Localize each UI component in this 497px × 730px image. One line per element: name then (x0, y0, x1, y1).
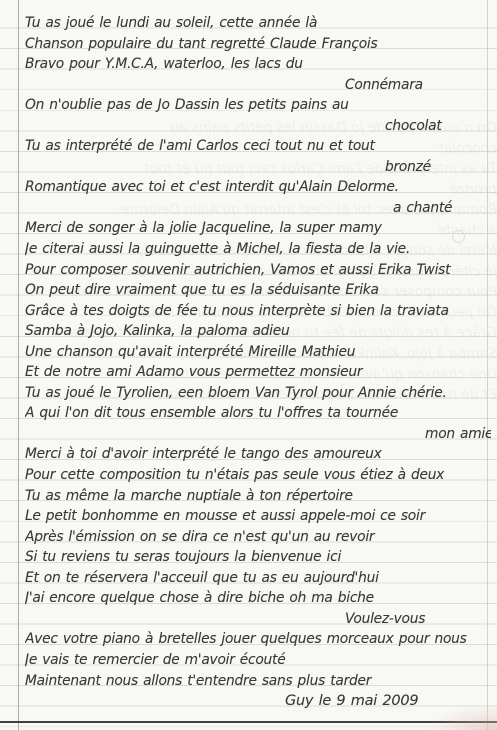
letter-line: bronzé (25, 157, 491, 178)
letter-line: Chanson populaire du tant regretté Claud… (25, 34, 491, 55)
letter-line: Une chanson qu'avait interprété Mireille… (25, 342, 491, 363)
letter-line: Grâce à tes doigts de fée tu nous interp… (25, 301, 491, 322)
letter-line: Tu as joué le Tyrolien, een bloem Van Ty… (25, 383, 491, 404)
letter-line: Bravo pour Y.M.C.A, waterloo, les lacs d… (25, 54, 491, 75)
letter-line: On peut dire vraiment que tu es la sédui… (25, 280, 491, 301)
letter-line: Je vais te remercier de m'avoir écouté (25, 650, 491, 671)
letter-line: A qui l'on dit tous ensemble alors tu l'… (25, 403, 491, 424)
letter-line: Après l'émission on se dira ce n'est qu'… (25, 527, 491, 548)
letter-line: Pour composer souvenir autrichien, Vamos… (25, 260, 491, 281)
letter-line: Samba à Jojo, Kalinka, la paloma adieu (25, 321, 491, 342)
letter-line: Et de notre ami Adamo vous permettez mon… (25, 362, 491, 383)
letter-line: a chanté (25, 198, 491, 219)
letter-line: chocolat (25, 116, 491, 137)
letter-line: mon amie (25, 424, 491, 445)
letter-line: Avec votre piano à bretelles jouer quelq… (25, 629, 491, 650)
page-bottom-rule (0, 721, 497, 723)
paper-ring-mark (452, 230, 465, 243)
paper-sheet: On n'oublie pas de Jo Dassin les petits … (0, 0, 497, 730)
letter-line: Connémara (25, 75, 491, 96)
letter-line: Je citerai aussi la guinguette à Michel,… (25, 239, 491, 260)
letter-line: Romantique avec toi et c'est interdit qu… (25, 177, 491, 198)
letter-line: Merci de songer à la jolie Jacqueline, l… (25, 218, 491, 239)
letter-line: Tu as même la marche nuptiale à ton répe… (25, 486, 491, 507)
letter-line: Voulez-vous (25, 609, 491, 630)
letter-line: Tu as joué le lundi au soleil, cette ann… (25, 13, 491, 34)
letter-line: Et on te réservera l'acceuil que tu as e… (25, 568, 491, 589)
letter-line: J'ai encore quelque chose à dire biche o… (25, 588, 491, 609)
letter-line: On n'oublie pas de Jo Dassin les petits … (25, 95, 491, 116)
letter-line: Tu as interprété de l'ami Carlos ceci to… (25, 136, 491, 157)
letter-line: Pour cette composition tu n'étais pas se… (25, 465, 491, 486)
letter-lines: Tu as joué le lundi au soleil, cette ann… (25, 13, 491, 712)
letter-line: Maintenant nous allons t'entendre sans p… (25, 671, 491, 692)
margin-rule-line (18, 0, 19, 730)
letter-line: Merci à toi d'avoir interprété le tango … (25, 444, 491, 465)
letter-line: Le petit bonhomme en mousse et aussi app… (25, 506, 491, 527)
letter-line: Si tu reviens tu seras toujours la bienv… (25, 547, 491, 568)
signature-line: Guy le 9 mai 2009 (25, 691, 491, 712)
